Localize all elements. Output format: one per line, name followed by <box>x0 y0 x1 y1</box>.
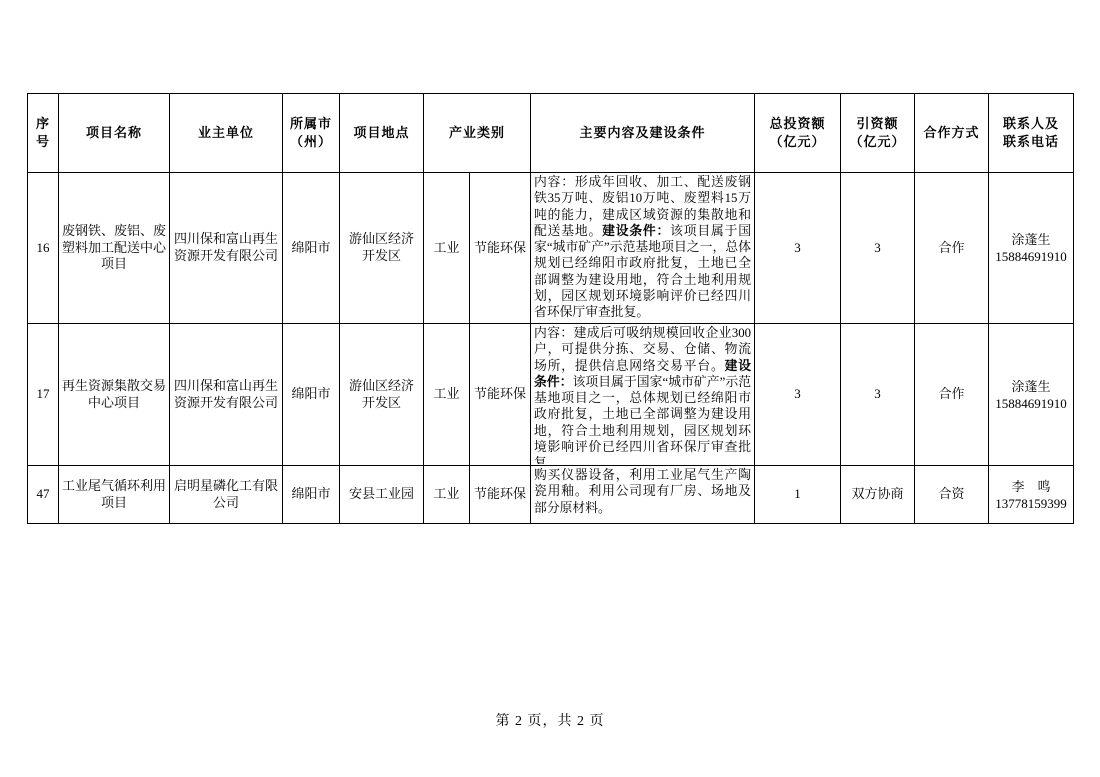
header-no: 序 号 <box>28 94 59 173</box>
contact-phone: 13778159399 <box>992 495 1070 512</box>
contact-name: 涂蓬生 <box>992 378 1070 395</box>
table-row: 47工业尾气循环利用项目启明星磷化工有限公司绵阳市安县工业园工业节能环保购买仪器… <box>28 466 1074 524</box>
header-attracted-investment: 引资额 （亿元） <box>841 94 915 173</box>
cell-industry: 工业 <box>424 466 470 524</box>
cell-no: 16 <box>28 173 59 324</box>
cell-city: 绵阳市 <box>283 324 340 466</box>
cell-project-name: 再生资源集散交易中心项目 <box>59 324 170 466</box>
header-content: 主要内容及建设条件 <box>531 94 755 173</box>
contact-name: 涂蓬生 <box>992 231 1070 248</box>
document-page: 序 号 项目名称 业主单位 所属市 （州） 项目地点 产业类别 主要内容及建设条… <box>0 0 1100 777</box>
cell-attracted-investment: 3 <box>841 324 915 466</box>
table-row: 17再生资源集散交易中心项目四川保和富山再生资源开发有限公司绵阳市游仙区经济开发… <box>28 324 1074 466</box>
table-header: 序 号 项目名称 业主单位 所属市 （州） 项目地点 产业类别 主要内容及建设条… <box>28 94 1074 173</box>
cell-location: 安县工业园 <box>340 466 424 524</box>
cell-industry-sub: 节能环保 <box>470 466 531 524</box>
cell-city: 绵阳市 <box>283 466 340 524</box>
content-text: 内容：建成后可吸纳规模回收企业300户，可提供分拣、交易、仓储、物流场所，提供信… <box>534 325 751 464</box>
projects-table: 序 号 项目名称 业主单位 所属市 （州） 项目地点 产业类别 主要内容及建设条… <box>27 93 1074 524</box>
cell-contact: 李 鸣13778159399 <box>989 466 1074 524</box>
cell-city: 绵阳市 <box>283 173 340 324</box>
cell-contact: 涂蓬生15884691910 <box>989 173 1074 324</box>
cell-no: 47 <box>28 466 59 524</box>
contact-phone: 15884691910 <box>992 248 1070 265</box>
cell-project-name: 工业尾气循环利用项目 <box>59 466 170 524</box>
cell-total-investment: 3 <box>755 324 841 466</box>
cell-attracted-investment: 3 <box>841 173 915 324</box>
header-owner: 业主单位 <box>170 94 283 173</box>
cell-cooperation: 合作 <box>915 324 989 466</box>
cell-total-investment: 3 <box>755 173 841 324</box>
header-row: 序 号 项目名称 业主单位 所属市 （州） 项目地点 产业类别 主要内容及建设条… <box>28 94 1074 173</box>
header-location: 项目地点 <box>340 94 424 173</box>
cell-content: 内容：形成年回收、加工、配送废钢铁35万吨、废铝10万吨、废塑料15万吨的能力，… <box>531 173 755 324</box>
header-city: 所属市 （州） <box>283 94 340 173</box>
header-cooperation: 合作方式 <box>915 94 989 173</box>
cell-location: 游仙区经济开发区 <box>340 324 424 466</box>
cell-location: 游仙区经济开发区 <box>340 173 424 324</box>
table-row: 16废钢铁、废铝、废塑料加工配送中心项目四川保和富山再生资源开发有限公司绵阳市游… <box>28 173 1074 324</box>
cell-owner: 四川保和富山再生资源开发有限公司 <box>170 173 283 324</box>
cell-industry: 工业 <box>424 324 470 466</box>
cell-total-investment: 1 <box>755 466 841 524</box>
contact-phone: 15884691910 <box>992 395 1070 412</box>
cell-industry-sub: 节能环保 <box>470 324 531 466</box>
page-number-footer: 第 2 页，共 2 页 <box>0 710 1100 730</box>
cell-attracted-investment: 双方协商 <box>841 466 915 524</box>
cell-owner: 四川保和富山再生资源开发有限公司 <box>170 324 283 466</box>
cell-cooperation: 合资 <box>915 466 989 524</box>
cell-project-name: 废钢铁、废铝、废塑料加工配送中心项目 <box>59 173 170 324</box>
cell-content: 内容：建成后可吸纳规模回收企业300户，可提供分拣、交易、仓储、物流场所，提供信… <box>531 324 755 466</box>
cell-contact: 涂蓬生15884691910 <box>989 324 1074 466</box>
content-text: 购买仪器设备，利用工业尾气生产陶瓷用釉。利用公司现有厂房、场地及部分原材料。 <box>534 467 751 521</box>
table-body: 16废钢铁、废铝、废塑料加工配送中心项目四川保和富山再生资源开发有限公司绵阳市游… <box>28 173 1074 524</box>
header-industry: 产业类别 <box>424 94 531 173</box>
cell-content: 购买仪器设备，利用工业尾气生产陶瓷用釉。利用公司现有厂房、场地及部分原材料。 <box>531 466 755 524</box>
cell-industry-sub: 节能环保 <box>470 173 531 324</box>
cell-industry: 工业 <box>424 173 470 324</box>
content-text: 内容：形成年回收、加工、配送废钢铁35万吨、废铝10万吨、废塑料15万吨的能力，… <box>534 174 751 322</box>
cell-no: 17 <box>28 324 59 466</box>
header-project-name: 项目名称 <box>59 94 170 173</box>
cell-cooperation: 合作 <box>915 173 989 324</box>
cell-owner: 启明星磷化工有限公司 <box>170 466 283 524</box>
header-total-investment: 总投资额 （亿元） <box>755 94 841 173</box>
contact-name: 李 鸣 <box>992 478 1070 495</box>
header-contact: 联系人及 联系电话 <box>989 94 1074 173</box>
